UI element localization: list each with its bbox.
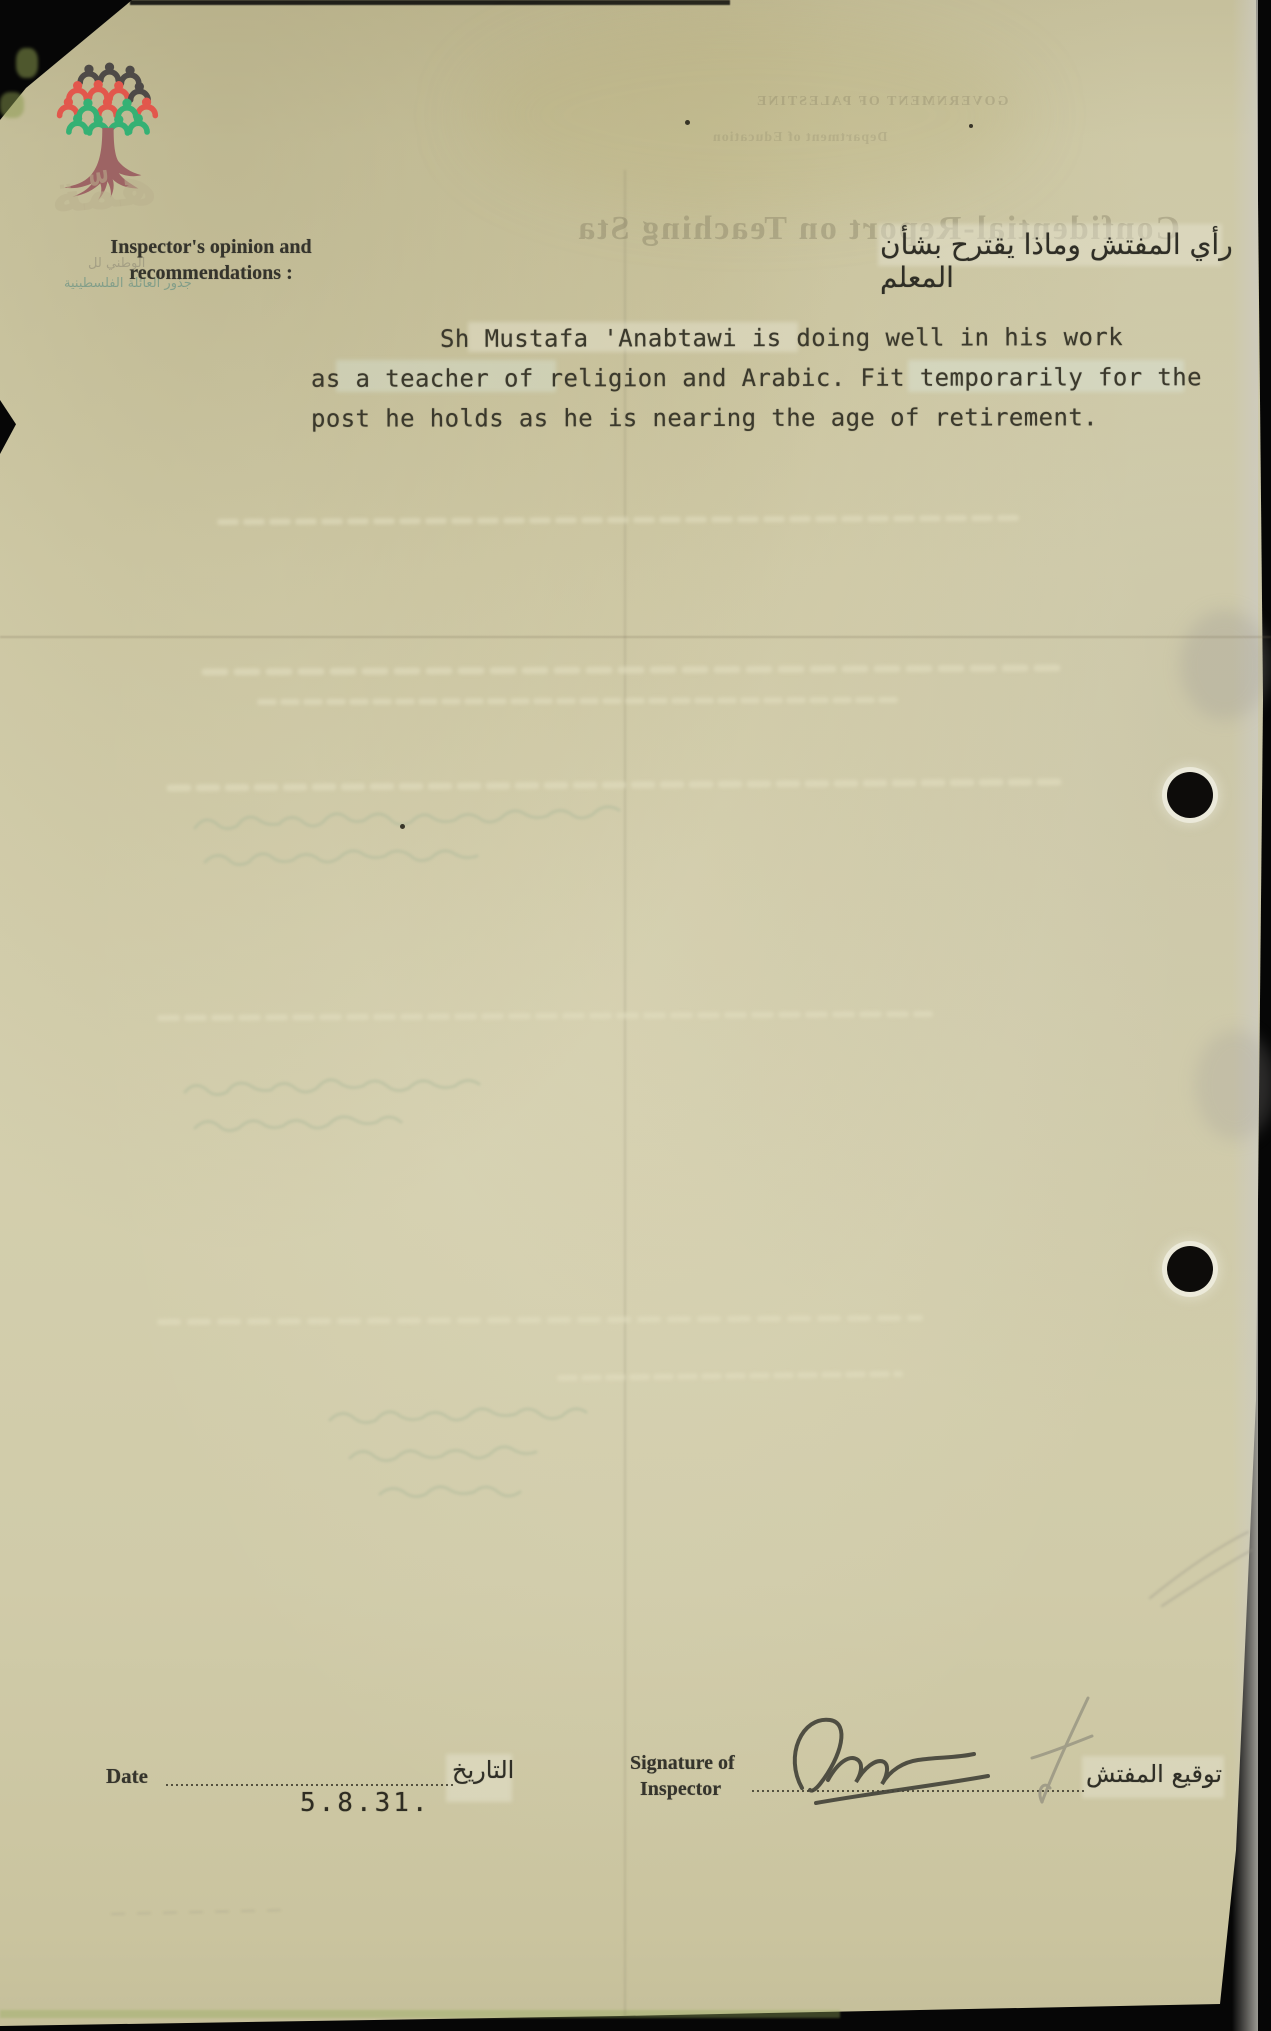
corner-moss-sliver-2 xyxy=(0,92,24,118)
stain-top-center xyxy=(470,20,1030,210)
bottom-green-strip xyxy=(0,2010,840,2018)
speck-2 xyxy=(969,124,973,128)
signature-label-line1: Signature of xyxy=(630,1752,735,1775)
paper-right-edge-strip xyxy=(1232,0,1258,2031)
stain-right-low xyxy=(1195,1030,1271,1140)
date-label-arabic: التاريخ xyxy=(452,1756,514,1784)
scanned-document: همّة الوطني لل جذور العائلة الفلسطينية G… xyxy=(0,0,1271,2031)
hole-punch-bottom xyxy=(1167,1246,1213,1292)
inspector-signature xyxy=(772,1706,1042,1814)
date-dotted-line xyxy=(166,1784,456,1786)
opinion-label-line2: recommendations : xyxy=(95,260,327,286)
typed-line-2: as a teacher of religion and Arabic. Fit… xyxy=(311,363,1202,393)
hole-punch-top xyxy=(1167,772,1213,818)
crease-vertical xyxy=(624,170,626,2016)
typed-line-3: post he holds as he is nearing the age o… xyxy=(311,403,1098,432)
signature-label-arabic: توقيع المفتش xyxy=(1086,1760,1222,1788)
bleed-gov-line: GOVERNMENT OF PALESTINE xyxy=(755,94,1008,110)
crease-horizontal xyxy=(0,636,1271,638)
watermark-hemma: همّة xyxy=(47,153,159,227)
bleed-dept-line: Department of Education xyxy=(712,130,887,146)
top-edge-shadow xyxy=(130,0,730,5)
speck-1 xyxy=(685,120,690,125)
typed-line-1: Sh Mustafa 'Anabtawi is doing well in hi… xyxy=(440,323,1123,353)
date-value: 5.8.31. xyxy=(300,1788,431,1818)
arabic-section-title: رأي المفتش وماذا يقترح بشأن المعلم xyxy=(880,228,1236,294)
signature-pencil-mark xyxy=(1018,1692,1118,1810)
corner-moss-sliver-1 xyxy=(16,48,38,78)
opinion-label-line1: Inspector's opinion and xyxy=(95,234,327,260)
speck-3 xyxy=(400,824,405,829)
inspector-opinion-label: Inspector's opinion and recommendations … xyxy=(95,234,327,286)
signature-label-line2: Inspector xyxy=(640,1778,721,1801)
logo-canopy xyxy=(60,63,156,133)
date-label: Date xyxy=(106,1764,148,1789)
stain-right-mid xyxy=(1180,610,1270,720)
